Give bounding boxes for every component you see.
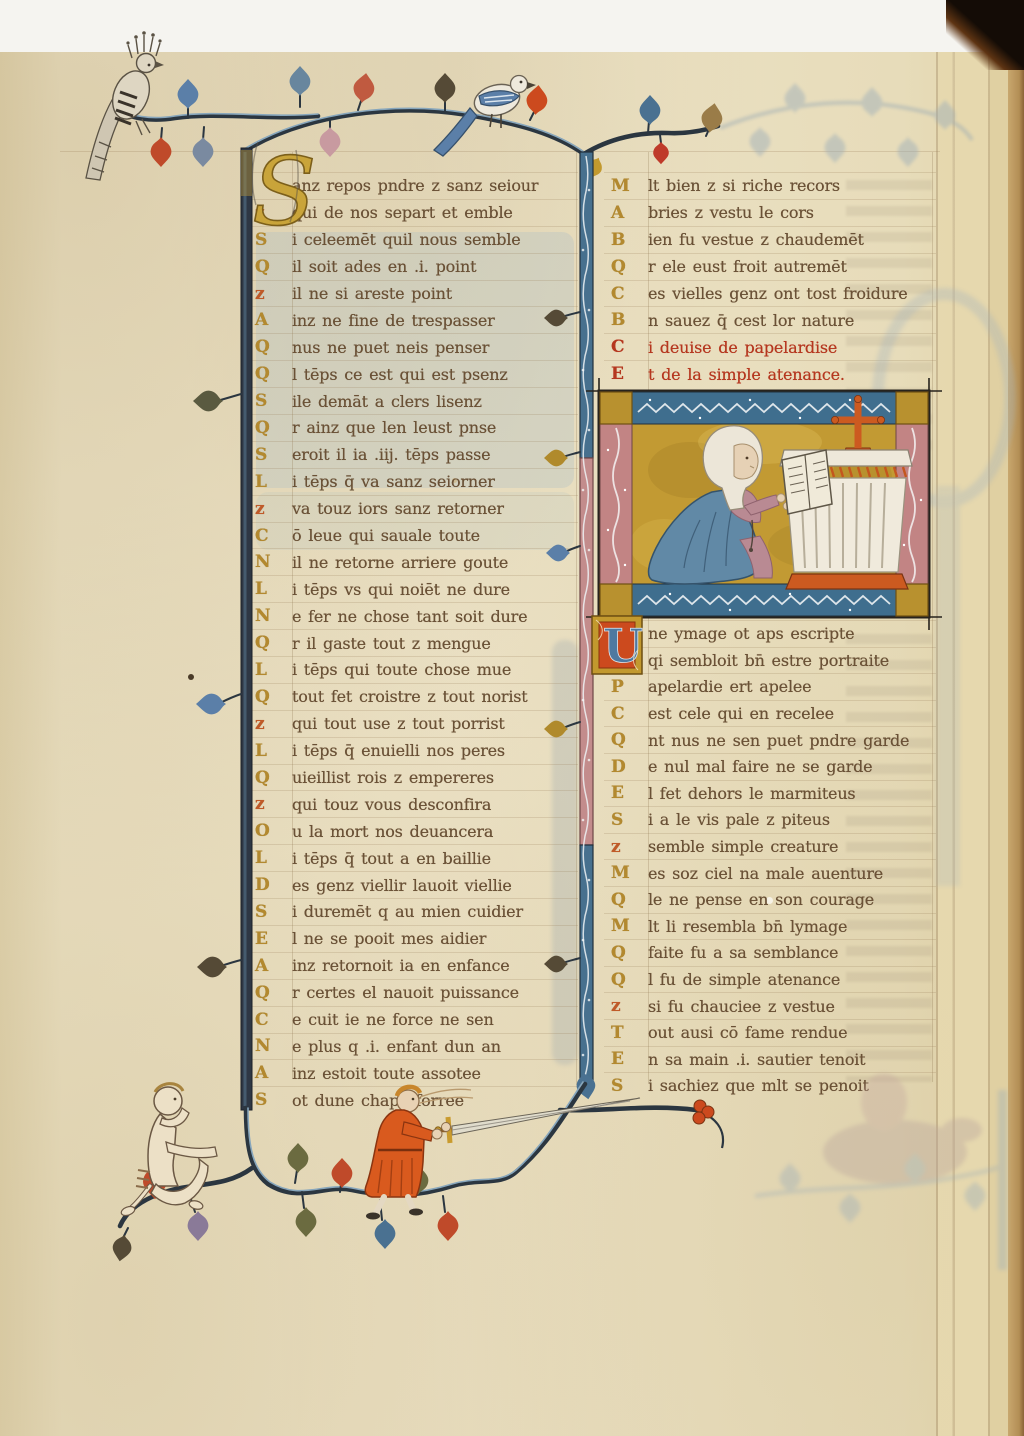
line-initial: O [248,821,292,841]
line-text: i tēps qui toute chose mue [292,660,511,679]
line-initial: Q [248,983,292,1003]
manuscript-line: Mlt li resembla bn̄ lymage [604,913,936,940]
line-text: i celeemēt quil nous semble [292,230,521,249]
line-initial: E [604,1049,648,1069]
line-initial: S [604,1076,648,1096]
vine-end-trefoil [693,1100,714,1124]
line-initial: P [604,677,648,697]
manuscript-line: Qnt nus ne sen puet pndre garde [604,726,936,753]
manuscript-line: Qr certes el nauoit puissance [248,979,578,1006]
manuscript-line: zva touz iors sanz retorner [248,495,578,522]
line-text: i deuise de papelardise [648,338,837,357]
line-text: nus ne puet neis penser [292,338,489,357]
top-vine-border [118,66,725,181]
line-text: i sachiez que mlt se penoit [648,1076,869,1095]
line-initial: A [604,203,648,223]
seated-nude-figure-icon [120,1084,217,1218]
line-initial: z [248,794,292,814]
line-text: t de la simple atenance. [648,365,845,384]
manuscript-line: Abries z vestu le cors [604,199,936,226]
line-initial: z [248,203,292,223]
line-text: qi sembloit bn̄ estre portraite [648,651,889,670]
line-initial: B [604,310,648,330]
line-text: l ne se pooit mes aidier [292,929,486,948]
manuscript-line: Nil ne retorne arriere goute [248,548,578,575]
manuscript-line: Qr ainz que len leust pnse [248,414,578,441]
manuscript-line: Li tēps qui toute chose mue [248,656,578,683]
line-initial: Q [604,730,648,750]
line-text: out ausi cō fame rendue [648,1023,847,1042]
line-text: e plus q .i. enfant dun an [292,1037,501,1056]
line-initial: z [248,714,292,734]
manuscript-line: Bien fu vestue z chaudemēt [604,226,936,253]
manuscript-line: zil ne si areste point [248,280,578,307]
line-initial: C [604,704,648,724]
manuscript-line: Li tēps q̄ tout a en baillie [248,844,578,871]
line-initial: S [604,810,648,830]
line-text: l tēps ce est qui est psenz [292,365,508,384]
line-initial: N [248,552,292,572]
line-initial: D [248,875,292,895]
line-text: i duremēt q au mien cuidier [292,902,523,921]
manuscript-line: Qnus ne puet neis penser [248,333,578,360]
line-initial: z [604,837,648,857]
line-initial: z [248,284,292,304]
scan-background-top [0,0,1024,52]
line-initial: N [248,1036,292,1056]
line-text: anz repos pndre z sanz seiour [292,176,538,195]
line-initial: C [604,284,648,304]
manuscript-line: Qle ne pense en son courage [604,886,936,913]
manuscript-line: Ainz retornoit ia en enfance [248,952,578,979]
line-text: qui tout use z tout porrist [292,714,505,733]
manuscript-line: Qfaite fu a sa semblance [604,939,936,966]
line-initial: Q [248,687,292,707]
manuscript-line: Si celeemēt quil nous semble [248,226,578,253]
manuscript-line: Et de la simple atenance. [604,360,936,387]
manuscript-line: El fet dehors le marmiteus [604,780,936,807]
manuscript-line: Tout ausi cō fame rendue [604,1019,936,1046]
manuscript-line: Bn sauez q̄ cest lor nature [604,306,936,333]
miniature-bottom-band [632,584,896,616]
line-text: tout fet croistre z tout norist [292,687,528,706]
text-column-right-upper: Mlt bien z si riche recorsAbries z vestu… [604,172,936,387]
line-text: u la mort nos deuancera [292,822,493,841]
line-text: lt bien z si riche recors [648,176,840,195]
line-initial: S [248,445,292,465]
manuscript-line: Ne fer ne chose tant soit dure [248,602,578,629]
manuscript-line: Li tēps vs qui noiēt ne dure [248,575,578,602]
manuscript-line: Li tēps q̄ va sanz seiorner [248,468,578,495]
manuscript-line: Qr il gaste tout z mengue [248,629,578,656]
miniature-left-band [600,424,632,584]
line-initial: M [604,176,648,196]
manuscript-line: Ces vielles genz ont tost froidure [604,280,936,307]
manuscript-line: Si sachiez que mlt se penoit [604,1072,936,1099]
line-initial: M [604,863,648,883]
line-text: qui de nos separt et emble [292,203,513,222]
line-initial: L [248,660,292,680]
line-text: n sa main .i. sautier tenoit [648,1050,865,1069]
line-text: i tēps q̄ va sanz seiorner [292,472,495,491]
line-initial: C [248,1010,292,1030]
binding-dark-corner [946,0,1024,70]
text-column-right-lower: ne ymage ot aps escripteqi sembloit bn̄ … [604,620,936,1099]
manuscript-line: Ci deuise de papelardise [604,333,936,360]
line-initial: L [248,472,292,492]
line-initial: L [248,579,292,599]
line-text: e fer ne chose tant soit dure [292,607,527,626]
line-text: i tēps q̄ enuielli nos peres [292,741,505,760]
line-text: il soit ades en .i. point [292,257,476,276]
line-text: r ainz que len leust pnse [292,418,496,437]
manuscript-line: Mlt bien z si riche recors [604,172,936,199]
line-text: e cuit ie ne force ne sen [292,1010,494,1029]
line-initial: S [248,230,292,250]
manuscript-line: Ou la mort nos deuancera [248,817,578,844]
line-text: qui touz vous desconfira [292,795,491,814]
manuscript-line: Seroit il ia .iij. tēps passe [248,441,578,468]
line-initial: Q [248,364,292,384]
line-initial: C [604,337,648,357]
left-border-bar [193,148,252,1110]
line-initial: E [248,929,292,949]
manuscript-line: Des genz viellir lauoit viellie [248,871,578,898]
showthrough-vine-top [720,83,972,167]
manuscript-line: qi sembloit bn̄ estre portraite [604,647,936,674]
manuscript-line: De nul mal faire ne se garde [604,753,936,780]
line-text: lt li resembla bn̄ lymage [648,917,847,936]
line-text: bries z vestu le cors [648,203,814,222]
line-text: eroit il ia .iij. tēps passe [292,445,490,464]
line-initial: D [604,757,648,777]
manuscript-line: anz repos pndre z sanz seiour [248,172,578,199]
line-text: es soz ciel na male auenture [648,864,883,883]
line-text: i tēps q̄ tout a en baillie [292,849,491,868]
line-initial: S [248,1090,292,1110]
kneeling-woman [649,426,832,584]
line-initial: A [248,956,292,976]
line-text: ō leue qui sauale toute [292,526,480,545]
manuscript-line: Ne plus q .i. enfant dun an [248,1033,578,1060]
line-text: apelardie ert apelee [648,677,811,696]
line-initial: L [248,848,292,868]
line-text: l fu de simple atenance [648,970,840,989]
line-text: ile demāt a clers lisenz [292,392,482,411]
line-text: ne ymage ot aps escripte [648,624,854,643]
line-initial: Q [248,257,292,277]
manuscript-line: Ainz estoit toute assotee [248,1059,578,1086]
line-initial: M [604,916,648,936]
manuscript-line: En sa main .i. sautier tenoit [604,1046,936,1073]
line-initial: L [248,741,292,761]
line-initial: Q [248,418,292,438]
line-text: l fet dehors le marmiteus [648,784,855,803]
line-text: il ne retorne arriere goute [292,553,508,572]
line-text: si fu chauciee z vestue [648,997,835,1016]
line-text: nt nus ne sen puet pndre garde [648,731,909,750]
manuscript-line: Cest cele qui en recelee [604,700,936,727]
manuscript-line: El ne se pooit mes aidier [248,925,578,952]
manuscript-line: Ainz ne fine de trespasser [248,306,578,333]
line-initial: A [248,1063,292,1083]
line-initial: S [248,902,292,922]
line-text: inz estoit toute assotee [292,1064,481,1083]
line-initial: N [248,606,292,626]
line-text: ien fu vestue z chaudemēt [648,230,864,249]
manuscript-line: zsemble simple creature [604,833,936,860]
manuscript-line: Ce cuit ie ne force ne sen [248,1006,578,1033]
line-text: r il gaste tout z mengue [292,634,491,653]
line-initial: Q [604,970,648,990]
manuscript-line: zsi fu chauciee z vestue [604,992,936,1019]
line-initial: z [248,499,292,519]
manuscript-line: Si a le vis pale z piteus [604,806,936,833]
manuscript-line: Li tēps q̄ enuielli nos peres [248,737,578,764]
line-text: r ele eust froit autremēt [648,257,847,276]
manuscript-line: zqui tout use z tout porrist [248,710,578,737]
line-text: faite fu a sa semblance [648,943,838,962]
line-text: i a le vis pale z piteus [648,810,830,829]
line-text: semble simple creature [648,837,838,856]
line-text: es genz viellir lauoit viellie [292,876,512,895]
manuscript-line: Sile demāt a clers lisenz [248,387,578,414]
line-text: ot dune chape forree [292,1091,464,1110]
manuscript-line: ne ymage ot aps escripte [604,620,936,647]
line-initial: Q [248,337,292,357]
ruling-line [60,151,940,152]
manuscript-line: Si duremēt q au mien cuidier [248,898,578,925]
line-initial: E [604,364,648,384]
manuscript-line: Ql tēps ce est qui est psenz [248,360,578,387]
line-initial: Q [248,633,292,653]
line-initial: Q [604,943,648,963]
line-text: es vielles genz ont tost froidure [648,284,908,303]
line-text: inz ne fine de trespasser [292,311,495,330]
manuscript-line: Qr ele eust froit autremēt [604,253,936,280]
manuscript-line: zqui de nos separt et emble [248,199,578,226]
manuscript-line: Mes soz ciel na male auenture [604,859,936,886]
ink-speck [188,674,194,680]
magpie-bird-icon [434,76,536,157]
line-initial: A [248,310,292,330]
line-initial: S [248,391,292,411]
manuscript-page: anz repos pndre z sanz seiourzqui de nos… [0,0,1024,1436]
manuscript-line: Quieillist rois z empereres [248,764,578,791]
line-text: il ne si areste point [292,284,452,303]
line-text: le ne pense en son courage [648,890,874,909]
folio-edge-outer [1008,52,1024,1436]
line-text: inz retornoit ia en enfance [292,956,510,975]
manuscript-line: zqui touz vous desconfira [248,790,578,817]
line-initial: Q [248,768,292,788]
manuscript-line: Qil soit ades en .i. point [248,253,578,280]
line-text: e nul mal faire ne se garde [648,757,872,776]
line-text: r certes el nauoit puissance [292,983,519,1002]
text-column-left: anz repos pndre z sanz seiourzqui de nos… [248,172,578,1113]
line-initial: Q [604,890,648,910]
manuscript-line: Papelardie ert apelee [604,673,936,700]
line-text: est cele qui en recelee [648,704,834,723]
line-text: n sauez q̄ cest lor nature [648,311,854,330]
line-initial: T [604,1023,648,1043]
crowned-bird-icon [86,31,164,180]
line-text: va touz iors sanz retorner [292,499,504,518]
manuscript-line: Sot dune chape forree [248,1086,578,1113]
line-initial: Q [604,257,648,277]
manuscript-line: Ql fu de simple atenance [604,966,936,993]
manuscript-line: Qtout fet croistre z tout norist [248,683,578,710]
line-initial: E [604,783,648,803]
line-initial: z [604,996,648,1016]
folio-edge-under-page [936,52,1008,1436]
line-initial: B [604,230,648,250]
line-text: uieillist rois z empereres [292,768,494,787]
line-initial: C [248,526,292,546]
line-text: i tēps vs qui noiēt ne dure [292,580,510,599]
manuscript-line: Cō leue qui sauale toute [248,522,578,549]
